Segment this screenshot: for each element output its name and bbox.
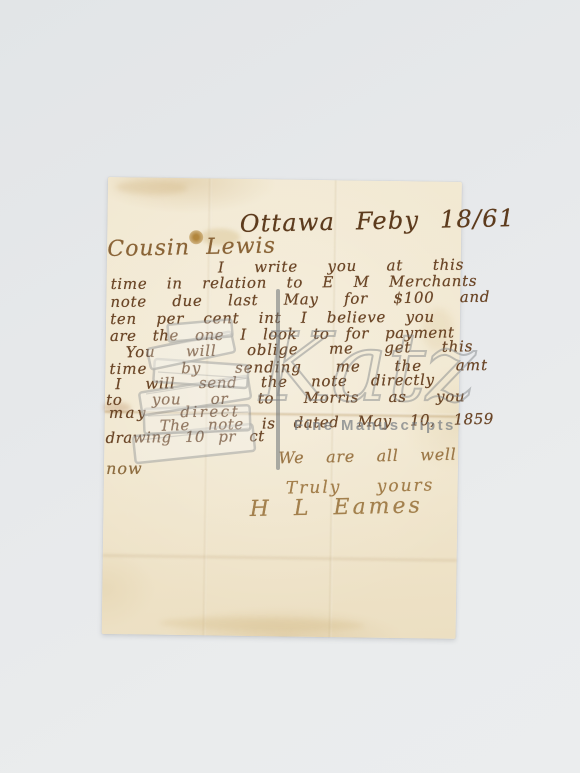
edge-stain	[160, 616, 365, 633]
fold-crease-horizontal-lower	[103, 554, 457, 562]
handwriting-line: now	[106, 461, 143, 477]
edge-stain	[116, 180, 188, 195]
letter-signature: H L Eames	[250, 495, 424, 521]
letter-paper: Ottawa Feby 18/61 Cousin Lewis I write y…	[102, 177, 462, 639]
letter-dateline: Ottawa Feby 18/61	[240, 206, 516, 236]
handwriting-line: drawing 10 pr ct	[105, 429, 264, 446]
fold-crease-vertical-right	[329, 180, 338, 637]
letter-photograph: Ottawa Feby 18/61 Cousin Lewis I write y…	[0, 0, 580, 773]
handwriting-line: We are all well	[278, 447, 456, 467]
